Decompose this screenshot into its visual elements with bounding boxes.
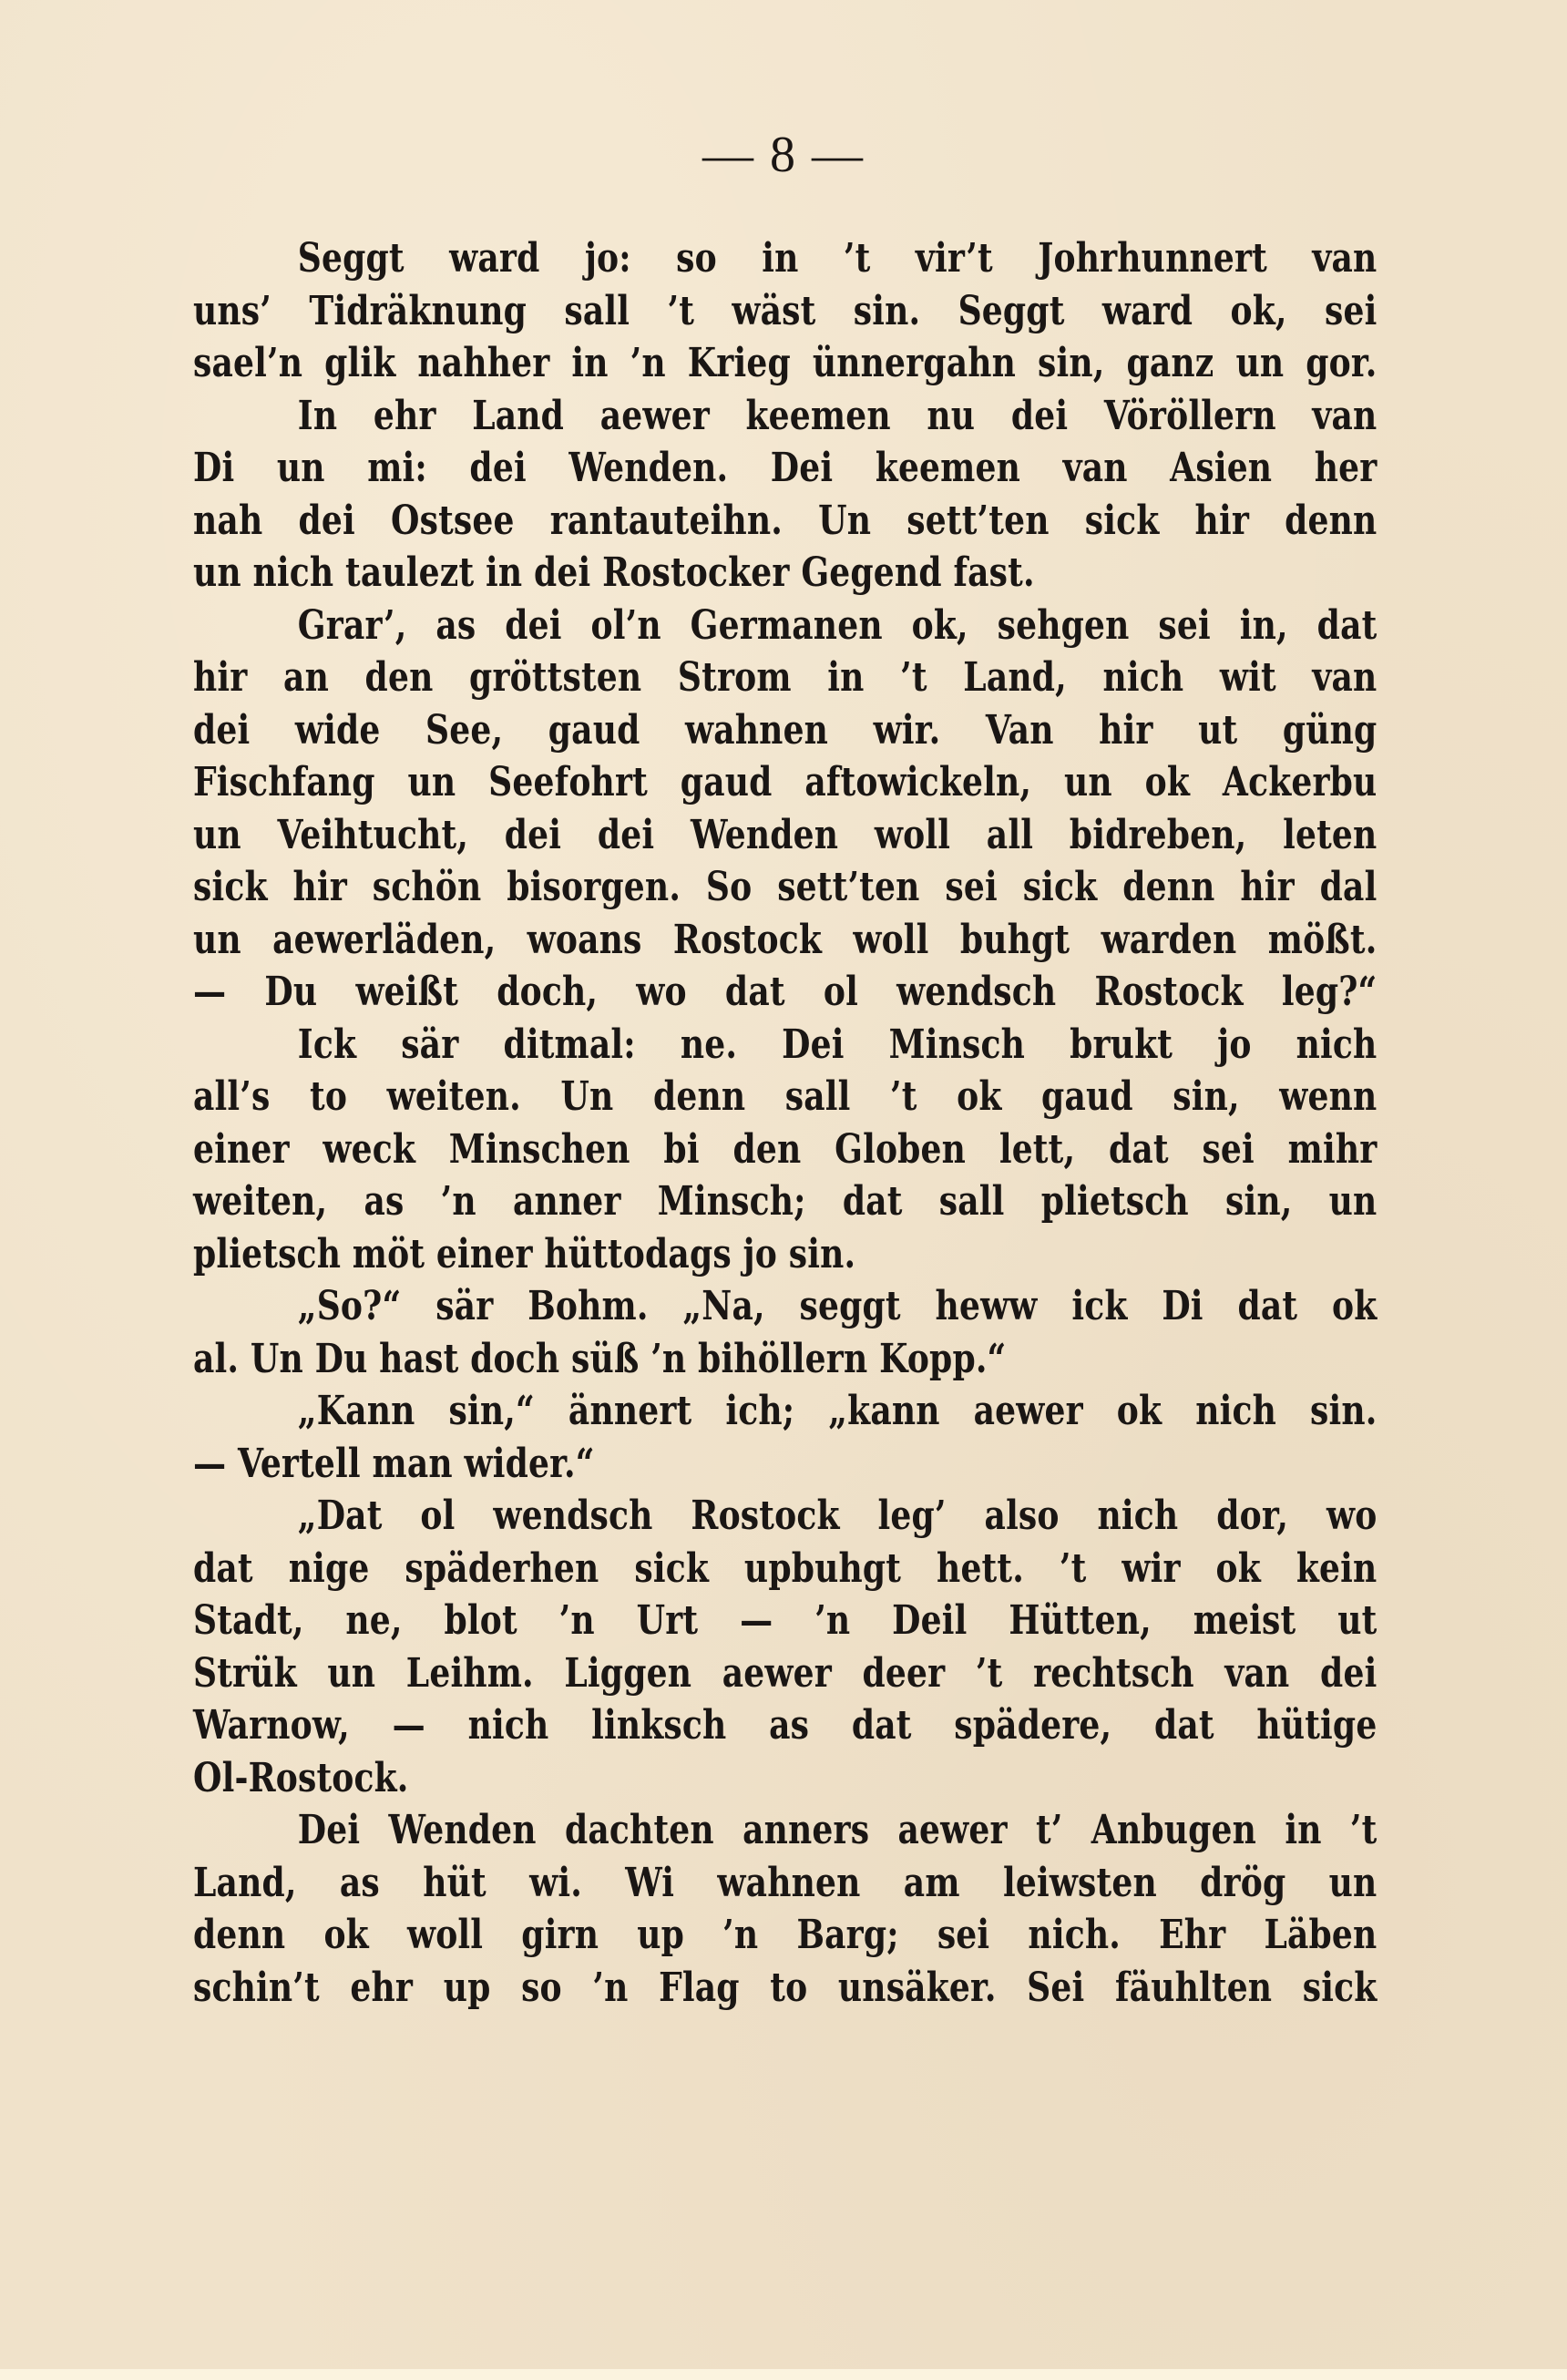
text-line: Ick sär ditmal: ne. Dei Minsch brukt jo …	[193, 1019, 1377, 1072]
text-line: plietsch möt einer hüttodags jo sin.	[193, 1228, 1377, 1281]
text-line: Ol-Rostock.	[193, 1752, 1377, 1805]
text-line: un nich taulezt in dei Rostocker Gegend …	[193, 547, 1377, 600]
text-line: Land, as hüt wi. Wi wahnen am leiwsten d…	[193, 1857, 1377, 1910]
text-line: schin’t ehr up so ’n Flag to unsäker. Se…	[193, 1962, 1377, 2015]
paragraph: Grar’, as dei ol’n Germanen ok, sehgen s…	[193, 600, 1378, 1019]
text-line: Di un mi: dei Wenden. Dei keemen van Asi…	[193, 442, 1377, 495]
text-line: In ehr Land aewer keemen nu dei Vöröller…	[193, 390, 1377, 443]
text-line: sick hir schön bisorgen. So sett’ten sei…	[193, 861, 1377, 914]
body-text: Seggt ward jo: so in ’t vir’t Johrhunner…	[193, 232, 1378, 2014]
text-line: uns’ Tidräknung sall ’t wäst sin. Seggt …	[193, 285, 1377, 338]
text-line: dei wide See, gaud wahnen wir. Van hir u…	[193, 704, 1377, 757]
text-line: Dei Wenden dachten anners aewer t’ Anbug…	[193, 1804, 1377, 1857]
paragraph: „Dat ol wendsch Rostock leg’ also nich d…	[193, 1490, 1378, 1804]
text-line: denn ok woll girn up ’n Barg; sei nich. …	[193, 1909, 1377, 1962]
text-line: all’s to weiten. Un denn sall ’t ok gaud…	[193, 1071, 1377, 1123]
text-line: Stadt, ne, blot ’n Urt — ’n Deil Hütten,…	[193, 1595, 1377, 1647]
page-number: — 8 —	[0, 126, 1567, 184]
text-line: dat nige späderhen sick upbuhgt hett. ’t…	[193, 1543, 1377, 1595]
paragraph: Seggt ward jo: so in ’t vir’t Johrhunner…	[193, 232, 1378, 390]
text-line: — Vertell man wider.“	[193, 1438, 1377, 1491]
text-line: al. Un Du hast doch süß ’n bihöllern Kop…	[193, 1333, 1377, 1386]
text-line: sael’n glik nahher in ’n Krieg ünnergahn…	[193, 337, 1377, 390]
scan-edge	[0, 2369, 1567, 2380]
text-line: nah dei Ostsee rantauteihn. Un sett’ten …	[193, 495, 1377, 548]
text-line: „Dat ol wendsch Rostock leg’ also nich d…	[193, 1490, 1377, 1543]
text-line: — Du weißt doch, wo dat ol wendsch Rosto…	[193, 966, 1377, 1019]
paragraph: „Kann sin,“ ännert ich; „kann aewer ok n…	[193, 1385, 1378, 1490]
text-line: Seggt ward jo: so in ’t vir’t Johrhunner…	[193, 232, 1377, 285]
text-line: Grar’, as dei ol’n Germanen ok, sehgen s…	[193, 600, 1377, 652]
text-line: einer weck Minschen bi den Globen lett, …	[193, 1123, 1377, 1176]
text-line: „Kann sin,“ ännert ich; „kann aewer ok n…	[193, 1385, 1377, 1438]
paragraph: „So?“ sär Bohm. „Na, seggt heww ick Di d…	[193, 1280, 1378, 1385]
text-line: „So?“ sär Bohm. „Na, seggt heww ick Di d…	[193, 1280, 1377, 1333]
text-line: Fischfang un Seefohrt gaud aftowickeln, …	[193, 756, 1377, 809]
text-line: un aewerläden, woans Rostock woll buhgt …	[193, 914, 1377, 967]
paragraph: Dei Wenden dachten anners aewer t’ Anbug…	[193, 1804, 1378, 2014]
paragraph: In ehr Land aewer keemen nu dei Vöröller…	[193, 390, 1378, 600]
text-line: Warnow, — nich linksch as dat spädere, d…	[193, 1699, 1377, 1752]
text-line: Strük un Leihm. Liggen aewer deer ’t rec…	[193, 1647, 1377, 1700]
text-line: un Veihtucht, dei dei Wenden woll all bi…	[193, 809, 1377, 862]
paragraph: Ick sär ditmal: ne. Dei Minsch brukt jo …	[193, 1019, 1378, 1281]
book-page: — 8 — Seggt ward jo: so in ’t vir’t Johr…	[0, 0, 1567, 2369]
text-line: weiten, as ’n anner Minsch; dat sall pli…	[193, 1175, 1377, 1228]
text-line: hir an den gröttsten Strom in ’t Land, n…	[193, 651, 1377, 704]
